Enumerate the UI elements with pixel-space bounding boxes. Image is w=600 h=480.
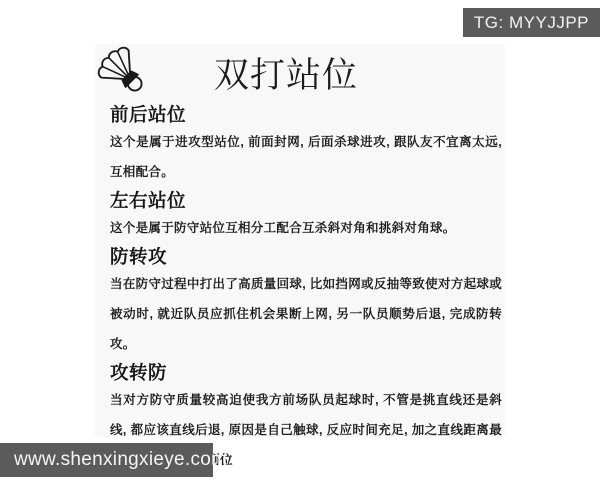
section-heading: 攻转防 bbox=[110, 360, 502, 385]
page-title: 双打站位 bbox=[95, 48, 505, 98]
section-body: 这个是属于防守站位互相分工配合互杀斜对角和挑斜对角球。 bbox=[110, 213, 502, 243]
section-heading: 左右站位 bbox=[110, 188, 502, 213]
section-defense-to-attack: 防转攻 当在防守过程中打出了高质量回球, 比如挡网或反抽等致使对方起球或被动时,… bbox=[110, 244, 502, 359]
website-url-bar: www.shenxingxieye.com bbox=[0, 443, 213, 477]
page: TG: MYYJJPP 双打站位 前后站位 这个是属于进攻型站位, 前面封网, … bbox=[0, 0, 600, 480]
section-body: 当在防守过程中打出了高质量回球, 比如挡网或反抽等致使对方起球或被动时, 就近队… bbox=[110, 269, 502, 359]
section-heading: 防转攻 bbox=[110, 244, 502, 269]
sections-container: 前后站位 这个是属于进攻型站位, 前面封网, 后面杀球进攻, 跟队友不宜离太远,… bbox=[110, 102, 502, 476]
section-heading: 前后站位 bbox=[110, 102, 502, 127]
article-card: 双打站位 前后站位 这个是属于进攻型站位, 前面封网, 后面杀球进攻, 跟队友不… bbox=[95, 44, 505, 437]
section-body: 这个是属于进攻型站位, 前面封网, 后面杀球进攻, 跟队友不宜离太远, 互相配合… bbox=[110, 127, 502, 187]
telegram-watermark-badge: TG: MYYJJPP bbox=[463, 8, 600, 37]
section-left-right: 左右站位 这个是属于防守站位互相分工配合互杀斜对角和挑斜对角球。 bbox=[110, 188, 502, 243]
section-front-back: 前后站位 这个是属于进攻型站位, 前面封网, 后面杀球进攻, 跟队友不宜离太远,… bbox=[110, 102, 502, 187]
